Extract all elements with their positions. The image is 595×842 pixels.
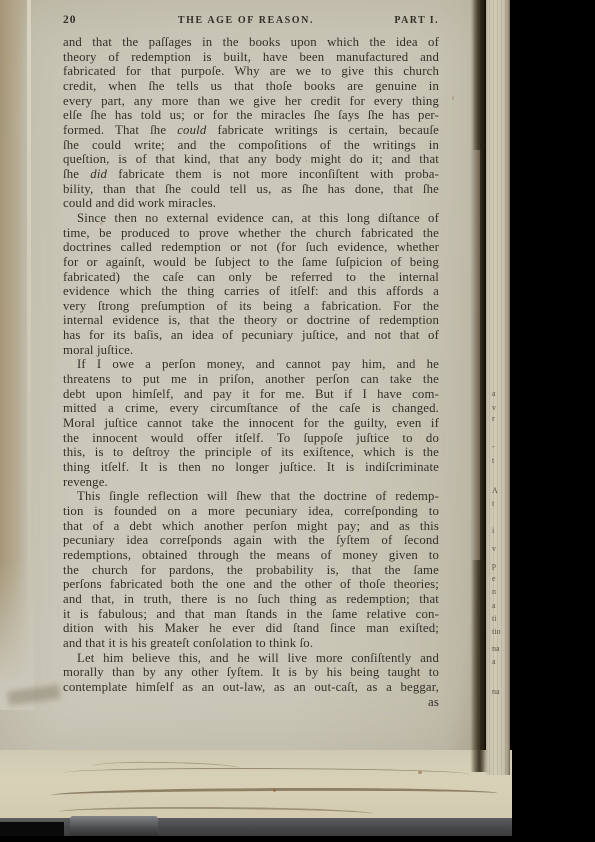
- text-line: tion is founded on a more pecuniary idea…: [63, 504, 439, 519]
- facing-page-text-fragment: -: [492, 443, 506, 451]
- text-line: Let him believe this, and he will live m…: [63, 651, 439, 666]
- text-line: contemplate himſelf as an out-law, as an…: [63, 680, 439, 695]
- text-line: very ſtrong preſumption of its being a f…: [63, 299, 439, 314]
- text-line: thing itſelf. It is then no longer juſti…: [63, 460, 439, 475]
- paragraph: Let him believe this, and he will live m…: [63, 651, 439, 695]
- facing-page-text-fragment: t: [492, 500, 506, 508]
- text-line: this, is to deſtroy the principle of its…: [63, 445, 439, 460]
- text-line: Since then no external evidence can, at …: [63, 211, 439, 226]
- facing-page-text-fragment: A: [492, 487, 506, 495]
- part-label: PART I.: [369, 15, 439, 26]
- running-title: THE AGE OF REASON.: [123, 15, 369, 26]
- text-line: queſtion, is of that kind, that any body…: [63, 152, 439, 167]
- text-line: ſhe could write; and the compoſitions of…: [63, 138, 439, 153]
- text-line: formed. That ſhe could fabricate writing…: [63, 123, 439, 138]
- text-line: evidence which the thing carries of itſe…: [63, 284, 439, 299]
- paragraph: and that the paſſages in the books upon …: [63, 35, 439, 211]
- text-line: perſons fabricated both the one and the …: [63, 577, 439, 592]
- facing-page-text-fragment: na: [492, 645, 506, 653]
- running-header: 20 THE AGE OF REASON. PART I.: [63, 14, 439, 26]
- gutter-shadow-bottom: [471, 560, 486, 772]
- text-block: and that the paſſages in the books upon …: [63, 35, 439, 709]
- text-line: threatens to put me in priſon, another p…: [63, 372, 439, 387]
- text-line: for or againſt, would be ſubject to the …: [63, 255, 439, 270]
- fold-highlight: [27, 0, 31, 640]
- paragraph: If I owe a perſon money, and cannot pay …: [63, 357, 439, 489]
- text-line: mitted a crime, every circumſtance of th…: [63, 401, 439, 416]
- text-line: every part, any more than we give her cr…: [63, 94, 439, 109]
- facing-page-text-fragment: na: [492, 688, 506, 696]
- paragraph: This ſingle reflection will ſhew that th…: [63, 489, 439, 650]
- book-scan: 20 THE AGE OF REASON. PART I. and that t…: [0, 0, 595, 842]
- facing-page-text-fragment: a: [492, 390, 506, 398]
- text-line: the innocent would offer itſelf. To ſupp…: [63, 431, 439, 446]
- text-line: internal evidence is, that the theory or…: [63, 313, 439, 328]
- paper-speck: [273, 789, 276, 792]
- text-line: bility, than that ſhe could tell us, as …: [63, 182, 439, 197]
- page-number: 20: [63, 14, 123, 26]
- facing-page-text-fragment: tio: [492, 628, 506, 636]
- facing-page-text-fragment: t: [492, 457, 506, 465]
- text-line: If I owe a perſon money, and cannot pay …: [63, 357, 439, 372]
- facing-page-text-fragment: r: [492, 415, 506, 423]
- text-line: elſe ſhe has told us; or for the miracle…: [63, 108, 439, 123]
- text-line: morally than by any other ſyſtem. It is …: [63, 665, 439, 680]
- paper-speck: [452, 96, 454, 100]
- text-line: doctrines called redemption or not (for …: [63, 240, 439, 255]
- scan-background-bottom: [0, 836, 512, 842]
- text-line: time, be produced to prove whether the c…: [63, 226, 439, 241]
- text-line: ſhe did fabricate them is not more incon…: [63, 167, 439, 182]
- text-line: debt upon himſelf, and pay it for me. Bu…: [63, 387, 439, 402]
- text-line: and that, in truth, there is no ſuch thi…: [63, 592, 439, 607]
- paper-speck: [418, 771, 422, 774]
- text-line: it is fabulous; and that man ſtands in t…: [63, 607, 439, 622]
- facing-page-text-fragment: v: [492, 404, 506, 412]
- text-line: could and did work miracles.: [63, 196, 439, 211]
- paragraph: Since then no external evidence can, at …: [63, 211, 439, 358]
- text-line: redemptions, obtained through the means …: [63, 548, 439, 563]
- text-line: fabricated) the caſe can only be referre…: [63, 270, 439, 285]
- text-line: Moral juſtice cannot take the innocent f…: [63, 416, 439, 431]
- text-line: dition with his Maker he ever did ſtand …: [63, 621, 439, 636]
- fold-fade: [0, 560, 34, 710]
- text-line: revenge.: [63, 475, 439, 490]
- facing-page-text-fragment: ti: [492, 615, 506, 623]
- text-line: credit, when ſhe tells us that thoſe boo…: [63, 79, 439, 94]
- facing-page-text-fragment: i: [492, 527, 506, 535]
- facing-page-text-fragment: e: [492, 575, 506, 583]
- text-line: has for its baſis, an idea of pecuniary …: [63, 328, 439, 343]
- facing-page-text-fragment: a: [492, 602, 506, 610]
- text-line: and that it is his greateſt conſolation …: [63, 636, 439, 651]
- text-line: This ſingle reflection will ſhew that th…: [63, 489, 439, 504]
- facing-page-text-fragment: p: [492, 562, 506, 570]
- text-line: pecuniary idea correſponds again with th…: [63, 533, 439, 548]
- facing-page-text-fragment: a: [492, 658, 506, 666]
- text-line: and that the paſſages in the books upon …: [63, 35, 439, 50]
- facing-page-text-fragment: v: [492, 545, 506, 553]
- text-line: that of a debt which another perſon migh…: [63, 519, 439, 534]
- text-line: fabricated for that purpoſe. Why are we …: [63, 64, 439, 79]
- catchword: as: [63, 695, 439, 710]
- text-line: moral juſtice.: [63, 343, 439, 358]
- facing-page-text-fragment: n: [492, 588, 506, 596]
- gutter-shadow-top: [472, 0, 485, 150]
- text-line: theory of redemption is built, have been…: [63, 50, 439, 65]
- text-line: the church for pardons, the probability …: [63, 563, 439, 578]
